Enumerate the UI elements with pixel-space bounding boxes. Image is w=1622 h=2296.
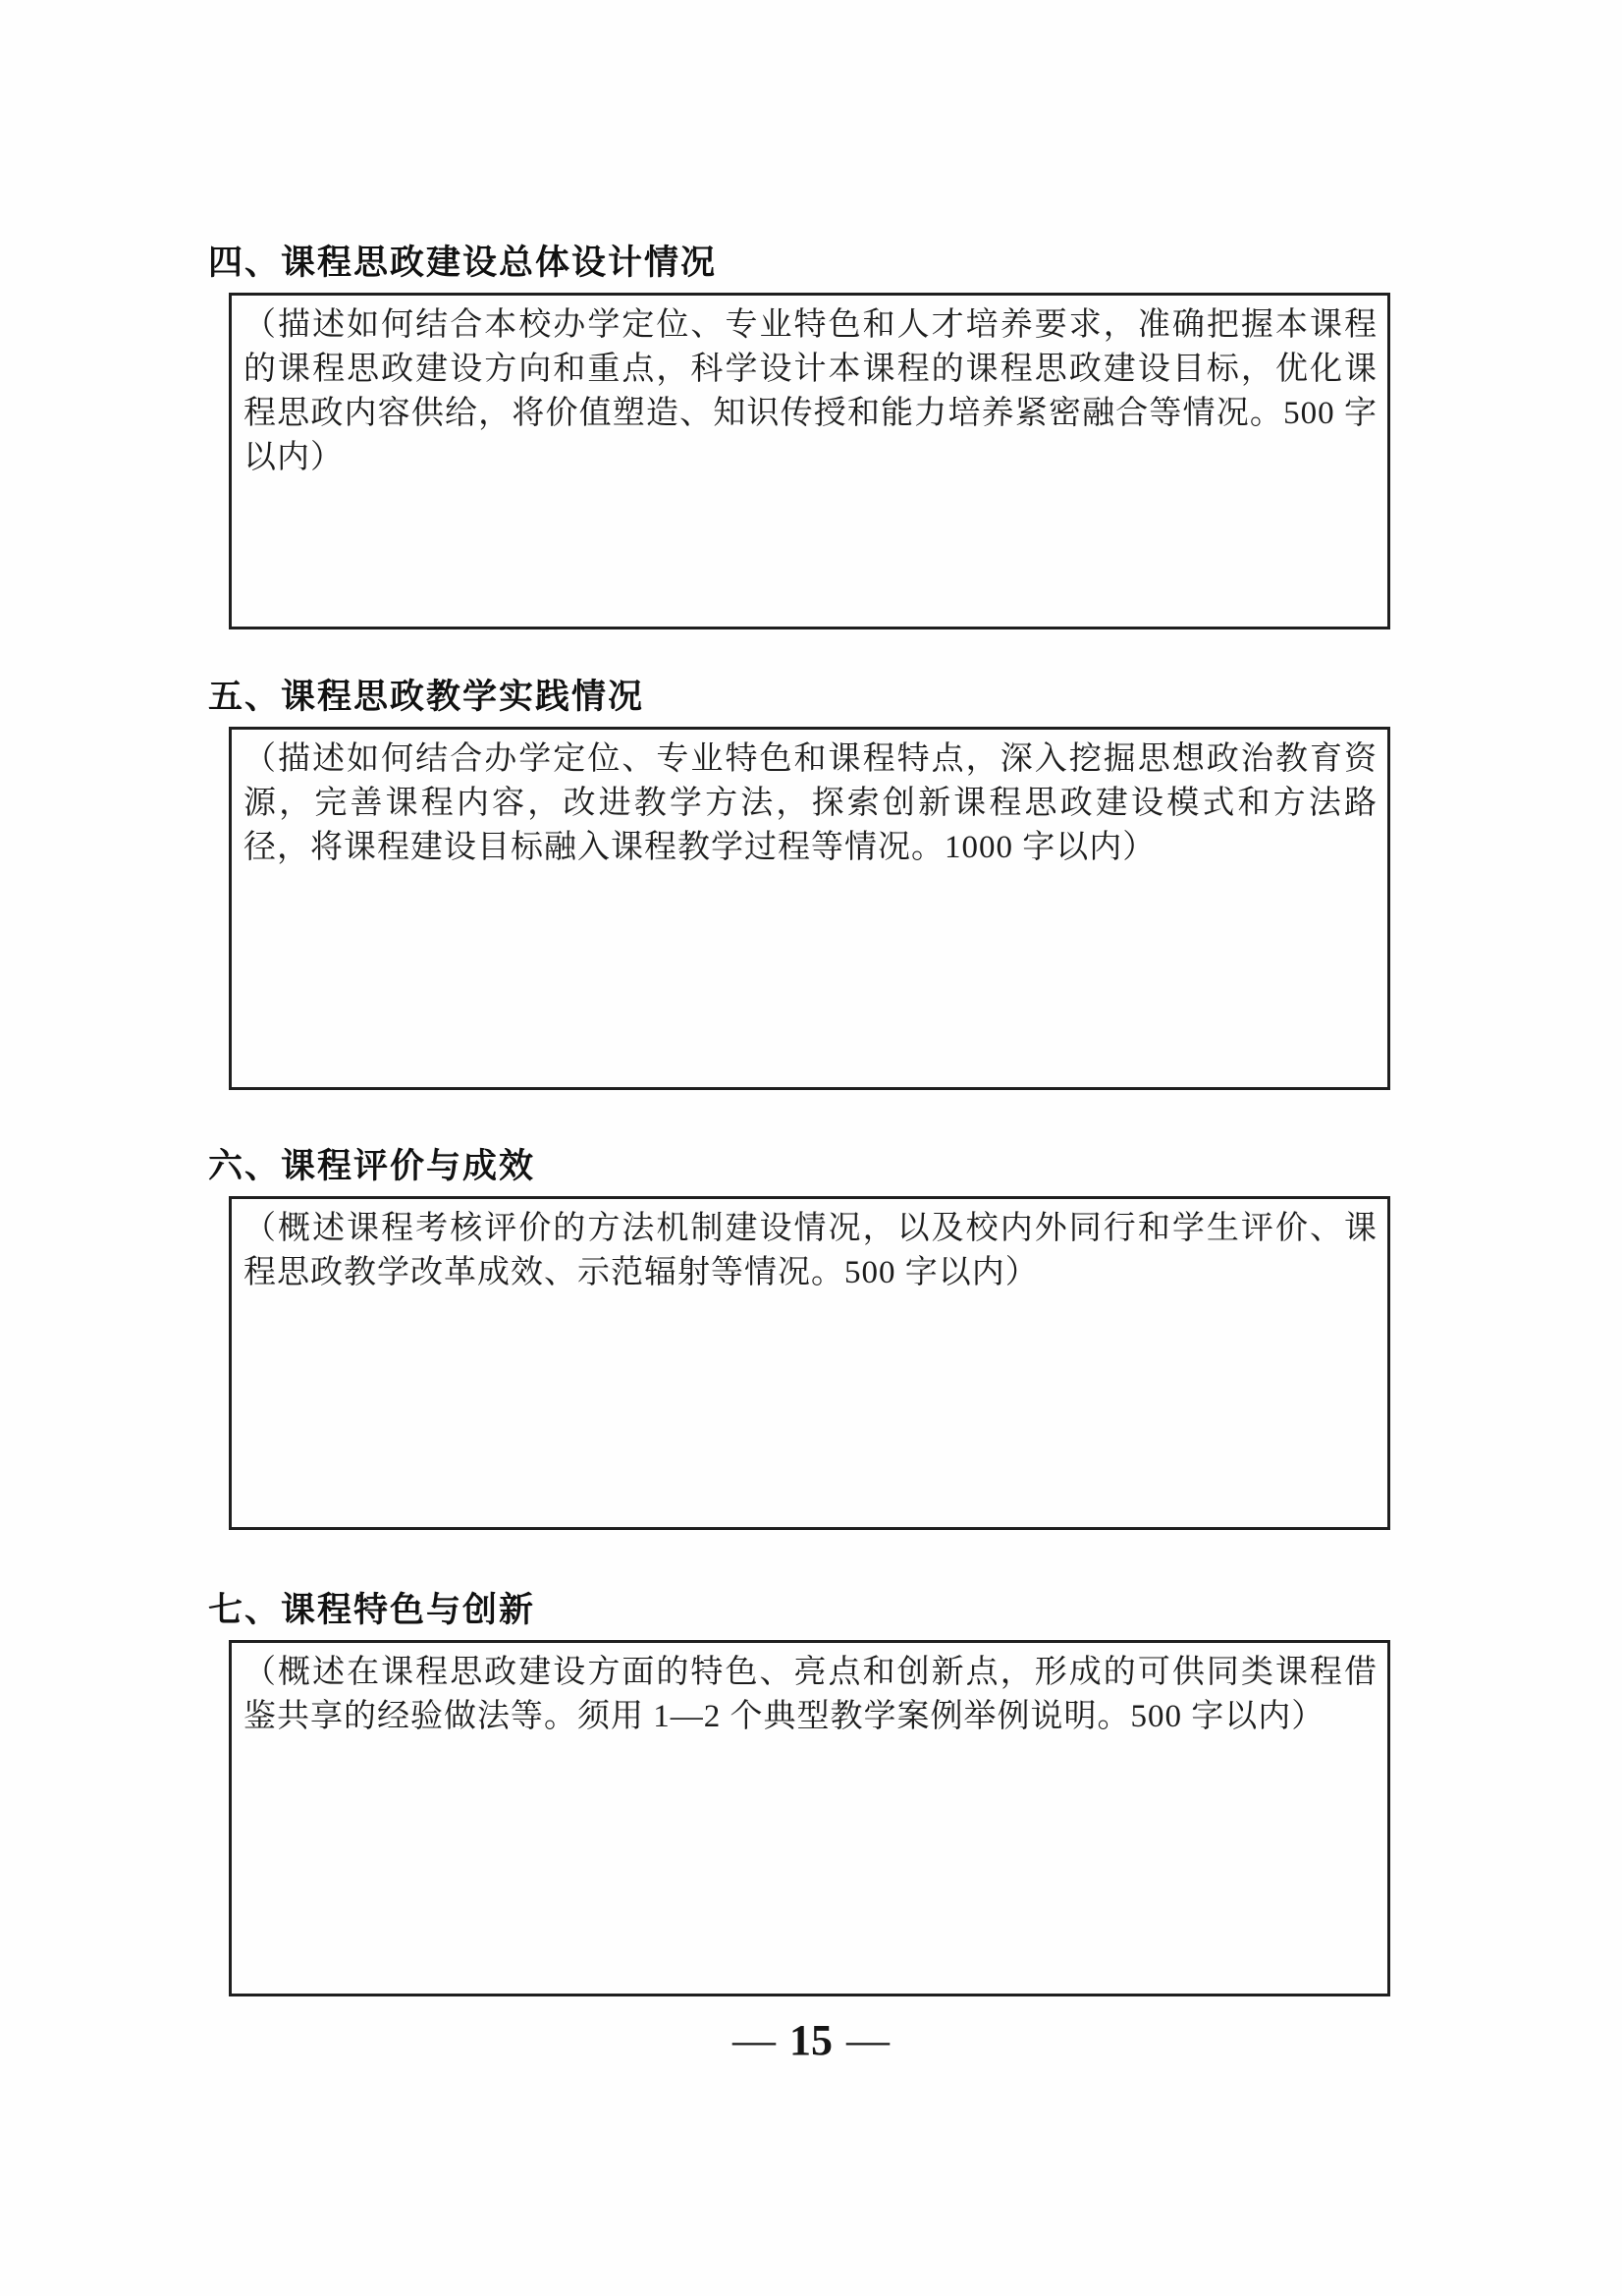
document-page: 四、课程思政建设总体设计情况 （描述如何结合本校办学定位、专业特色和人才培养要求… xyxy=(0,0,1622,2296)
footer-left-dash: — xyxy=(732,2015,776,2065)
instruction-text-features-innovation: （概述在课程思政建设方面的特色、亮点和创新点，形成的可供同类课程借鉴共享的经验做… xyxy=(243,1651,1378,1739)
instruction-text-teaching-practice: （描述如何结合办学定位、专业特色和课程特点，深入挖掘思想政治教育资源，完善课程内… xyxy=(243,738,1378,870)
section-heading-evaluation-results: 六、课程评价与成效 xyxy=(208,1147,1390,1186)
section-features-innovation: 七、课程特色与创新 （概述在课程思政建设方面的特色、亮点和创新点，形成的可供同类… xyxy=(208,1591,1390,1996)
footer-right-dash: — xyxy=(846,2015,890,2065)
instruction-text-evaluation-results: （概述课程考核评价的方法机制建设情况，以及校内外同行和学生评价、课程思政教学改革… xyxy=(243,1207,1378,1295)
section-heading-features-innovation: 七、课程特色与创新 xyxy=(208,1591,1390,1630)
section-evaluation-results: 六、课程评价与成效 （概述课程考核评价的方法机制建设情况，以及校内外同行和学生评… xyxy=(208,1147,1390,1530)
section-heading-overall-design: 四、课程思政建设总体设计情况 xyxy=(208,244,1390,283)
answer-box-overall-design: （描述如何结合本校办学定位、专业特色和人才培养要求，准确把握本课程的课程思政建设… xyxy=(229,293,1390,629)
section-heading-teaching-practice: 五、课程思政教学实践情况 xyxy=(208,678,1390,717)
page-number: 15 xyxy=(789,2015,833,2065)
section-overall-design: 四、课程思政建设总体设计情况 （描述如何结合本校办学定位、专业特色和人才培养要求… xyxy=(208,244,1390,629)
instruction-text-overall-design: （描述如何结合本校办学定位、专业特色和人才培养要求，准确把握本课程的课程思政建设… xyxy=(243,303,1378,480)
answer-box-teaching-practice: （描述如何结合办学定位、专业特色和课程特点，深入挖掘思想政治教育资源，完善课程内… xyxy=(229,727,1390,1090)
page-footer: —15— xyxy=(0,2011,1622,2065)
answer-box-evaluation-results: （概述课程考核评价的方法机制建设情况，以及校内外同行和学生评价、课程思政教学改革… xyxy=(229,1196,1390,1530)
section-teaching-practice: 五、课程思政教学实践情况 （描述如何结合办学定位、专业特色和课程特点，深入挖掘思… xyxy=(208,678,1390,1090)
answer-box-features-innovation: （概述在课程思政建设方面的特色、亮点和创新点，形成的可供同类课程借鉴共享的经验做… xyxy=(229,1640,1390,1996)
